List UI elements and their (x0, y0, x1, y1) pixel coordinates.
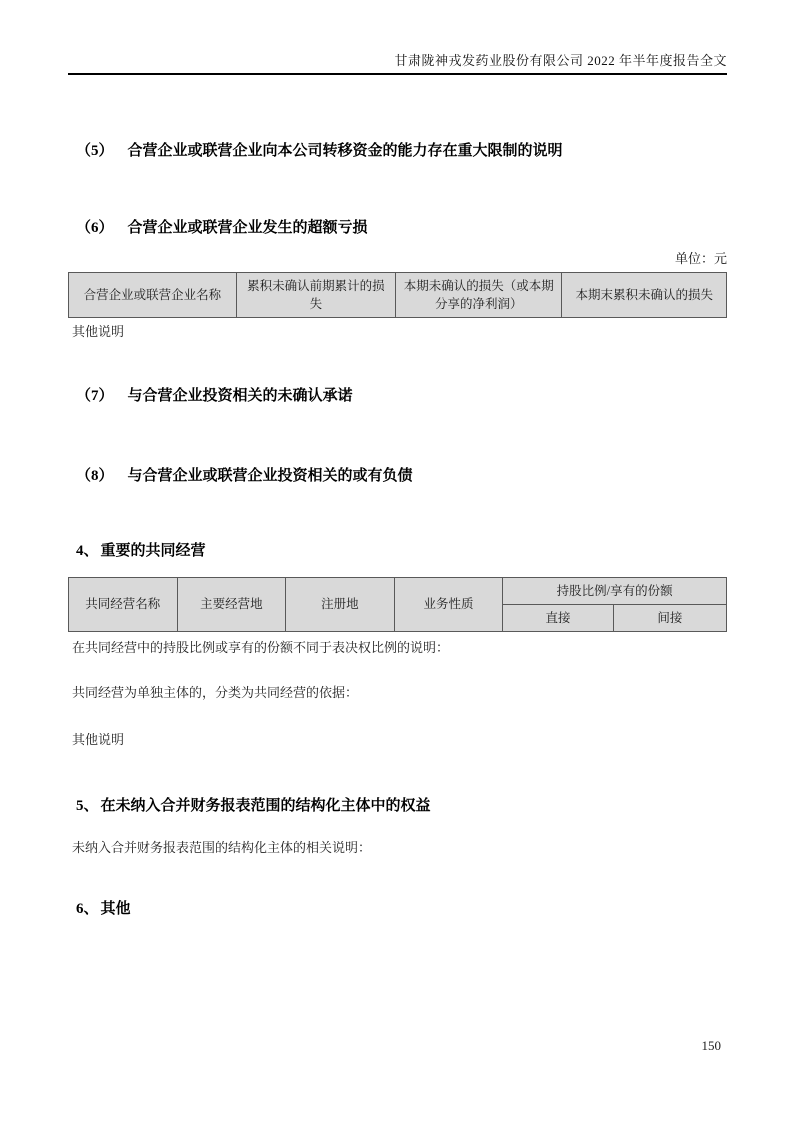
heading-4-title: 重要的共同经营 (101, 543, 206, 559)
section-6-title: 合营企业或联营企业发生的超额亏损 (128, 220, 368, 236)
section-8-number: （8） (76, 468, 114, 484)
col-header-prior-unrecognized-loss: 累积未确认前期累计的损失 (236, 273, 395, 318)
col-header-current-unrecognized-loss: 本期未确认的损失（或本期分享的净利润） (396, 273, 562, 318)
section-5-heading: （5）合营企业或联营企业向本公司转移资金的能力存在重大限制的说明 (76, 139, 727, 160)
joint-operation-table: 共同经营名称 主要经营地 注册地 业务性质 持股比例/享有的份额 直接 间接 (68, 577, 727, 632)
heading-6-other: 6、其他 (76, 897, 727, 918)
excess-loss-header-row: 合营企业或联营企业名称 累积未确认前期累计的损失 本期未确认的损失（或本期分享的… (69, 273, 727, 318)
section-7-heading: （7）与合营企业投资相关的未确认承诺 (76, 384, 727, 405)
section-5-title: 合营企业或联营企业向本公司转移资金的能力存在重大限制的说明 (128, 143, 563, 159)
section-5-number: （5） (76, 143, 114, 159)
heading-6-number: 6、 (76, 901, 99, 917)
unit-label: 单位：元 (68, 248, 727, 267)
excess-loss-table: 合营企业或联营企业名称 累积未确认前期累计的损失 本期未确认的损失（或本期分享的… (68, 272, 727, 318)
report-page: 甘肃陇神戎发药业股份有限公司 2022 年半年度报告全文 （5）合营企业或联营企… (0, 0, 793, 1122)
heading-5-structured-entities: 5、在未纳入合并财务报表范围的结构化主体中的权益 (76, 794, 727, 815)
joint-operation-header-row-1: 共同经营名称 主要经营地 注册地 业务性质 持股比例/享有的份额 (69, 578, 727, 605)
structured-entity-note: 未纳入合并财务报表范围的结构化主体的相关说明： (72, 837, 727, 856)
col-header-business-nature: 业务性质 (394, 578, 503, 632)
col-header-registered-place: 注册地 (286, 578, 395, 632)
section-7-title: 与合营企业投资相关的未确认承诺 (128, 388, 353, 404)
heading-6-title: 其他 (101, 901, 131, 917)
col-header-shareholding-ratio-group: 持股比例/享有的份额 (503, 578, 727, 605)
section-6-heading: （6）合营企业或联营企业发生的超额亏损 (76, 216, 727, 237)
section-6-number: （6） (76, 220, 114, 236)
heading-4-joint-operations: 4、重要的共同经营 (76, 539, 727, 560)
col-header-entity-name: 合营企业或联营企业名称 (69, 273, 237, 318)
heading-5-title: 在未纳入合并财务报表范围的结构化主体中的权益 (101, 798, 431, 814)
section-8-heading: （8）与合营企业或联营企业投资相关的或有负债 (76, 464, 727, 485)
holding-ratio-note: 在共同经营中的持股比例或享有的份额不同于表决权比例的说明： (72, 637, 727, 656)
col-header-indirect: 间接 (613, 605, 726, 632)
header-title: 甘肃陇神戎发药业股份有限公司 2022 年半年度报告全文 (68, 50, 727, 69)
other-note-1: 其他说明 (72, 321, 727, 340)
page-number: 150 (702, 1038, 722, 1054)
separate-entity-note: 共同经营为单独主体的，分类为共同经营的依据： (72, 682, 727, 701)
section-7-number: （7） (76, 388, 114, 404)
other-note-2: 其他说明 (72, 729, 727, 748)
section-8-title: 与合营企业或联营企业投资相关的或有负债 (128, 468, 413, 484)
header-rule (68, 73, 727, 75)
heading-5-number: 5、 (76, 798, 99, 814)
col-header-main-place: 主要经营地 (177, 578, 286, 632)
col-header-cumulative-unrecognized-loss: 本期末累积未确认的损失 (562, 273, 727, 318)
col-header-direct: 直接 (503, 605, 614, 632)
col-header-jo-name: 共同经营名称 (69, 578, 178, 632)
heading-4-number: 4、 (76, 543, 99, 559)
